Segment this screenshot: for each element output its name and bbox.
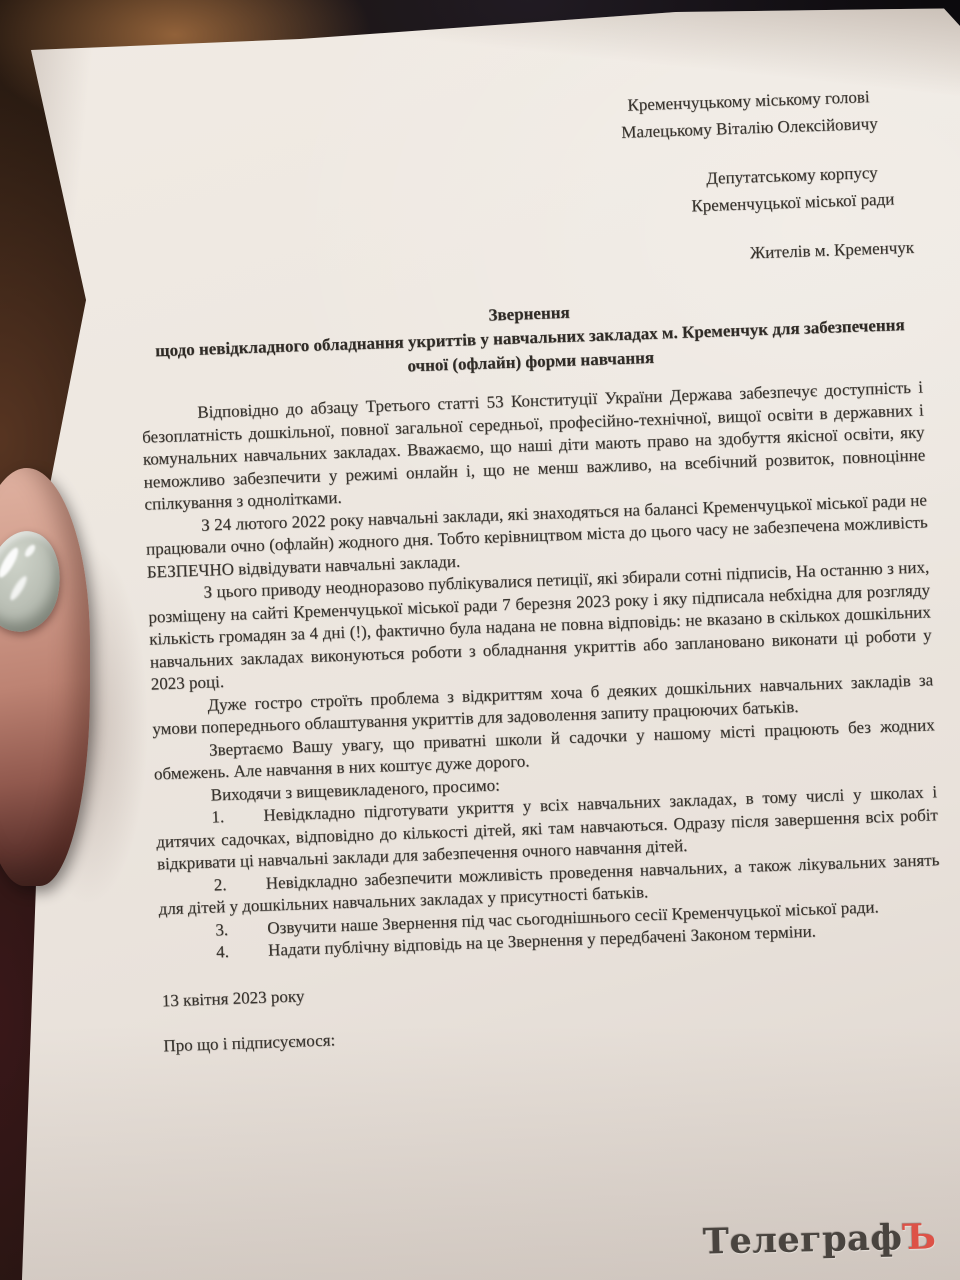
recipient-line: Кременчуцької міської ради — [691, 185, 895, 219]
photo-scene: Кременчуцькому міському голові Малецьком… — [0, 0, 960, 1280]
watermark-accent-letter: Ъ — [902, 1216, 937, 1258]
recipient-block-residents: Жителів м. Кременчук — [749, 234, 914, 267]
paper-sheet: Кременчуцькому міському голові Малецьком… — [0, 0, 960, 1280]
document-date: 13 квітня 2023 року — [161, 963, 943, 1013]
recipient-block-mayor: Кременчуцькому міському голові Малецьком… — [620, 83, 878, 146]
request-number: 2. — [213, 872, 266, 896]
watermark-text: Телеграф — [702, 1217, 902, 1263]
nail-highlight — [23, 543, 37, 558]
document-content: Кременчуцькому міському голові Малецьком… — [131, 82, 946, 1058]
request-number: 3. — [215, 917, 268, 941]
telegraf-watermark-logo: ТелеграфЪ — [702, 1216, 936, 1262]
recipient-block-deputies: Депутатському корпусу Кременчуцької місь… — [690, 158, 895, 219]
request-number: 4. — [216, 940, 269, 964]
request-number: 1. — [211, 805, 264, 829]
recipient-line: Жителів м. Кременчук — [749, 234, 914, 267]
title-block: Звернення щодо невідкладного обладнання … — [138, 289, 922, 388]
